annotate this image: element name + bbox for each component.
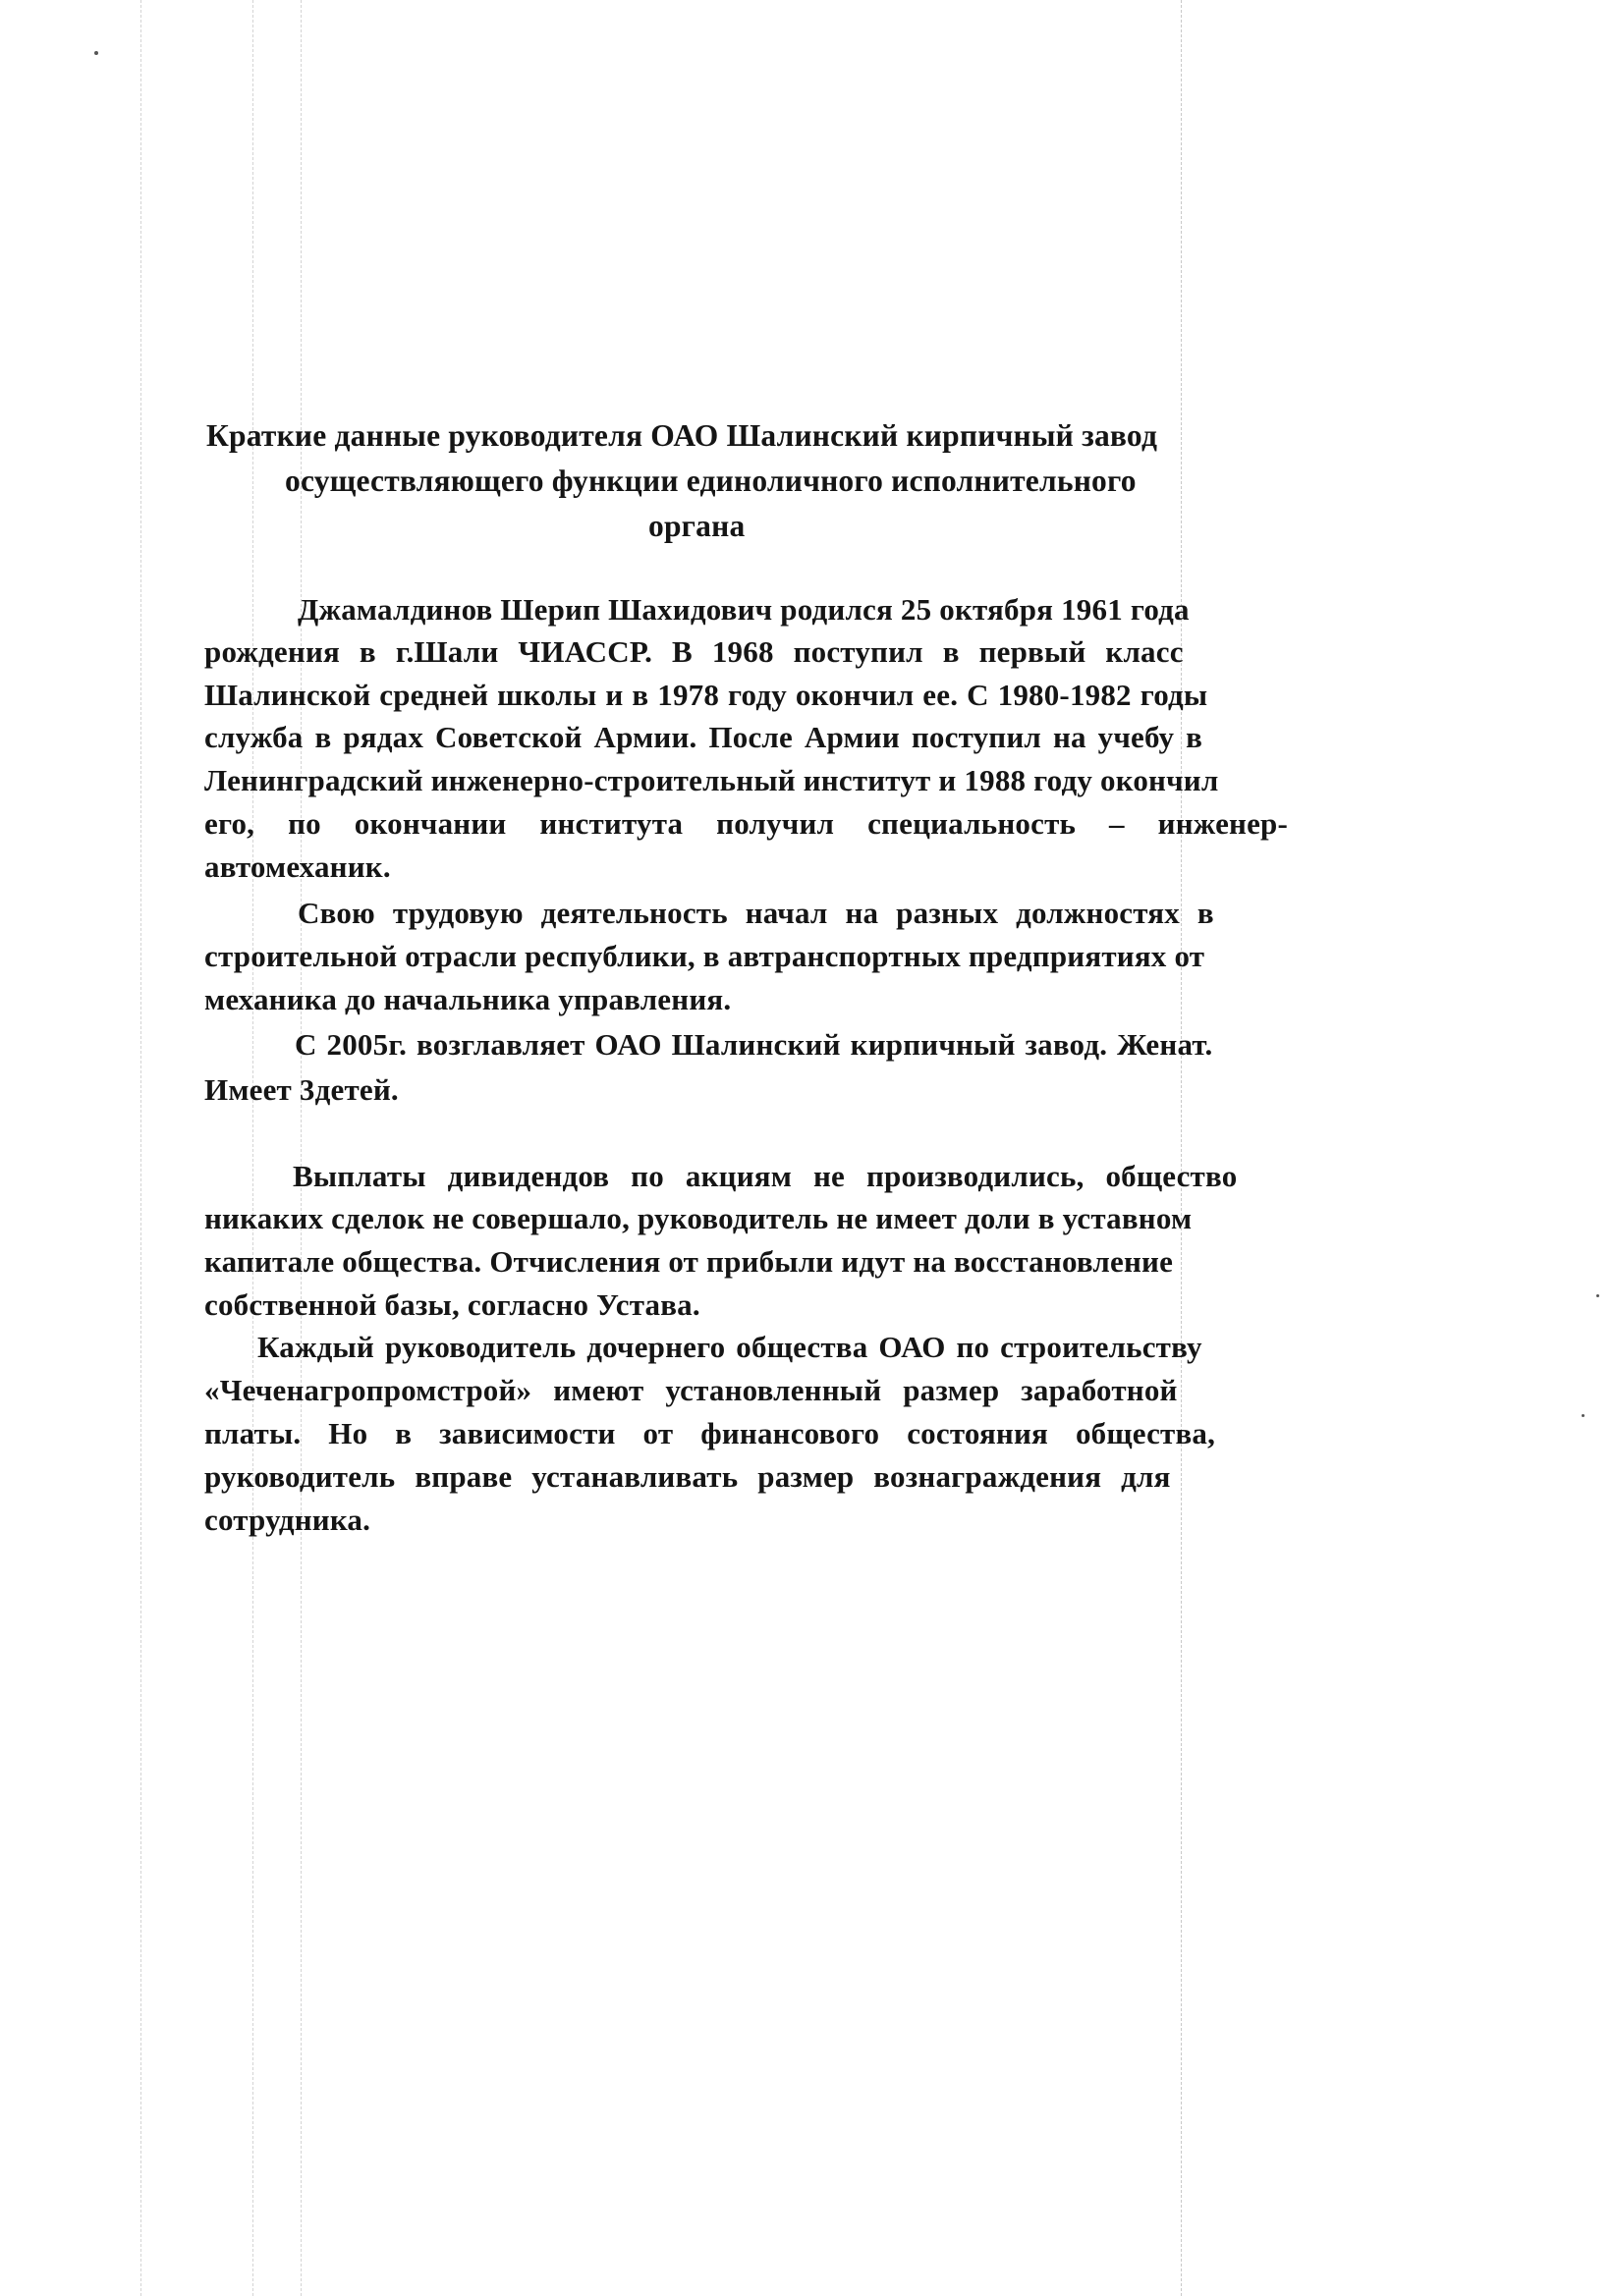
document-title-line-1: Краткие данные руководителя ОАО Шалински… [206, 418, 1157, 454]
document-title-line-2: осуществляющего функции единоличного исп… [285, 464, 1137, 499]
dividends-paragraph-line: капитале общества. Отчисления от прибыли… [204, 1244, 1173, 1280]
position-paragraph-line: Имеет 3детей. [204, 1072, 399, 1108]
position-paragraph-line: С 2005г. возглавляет ОАО Шалинский кирпи… [295, 1027, 1212, 1063]
bio-paragraph-line: автомеханик. [204, 849, 391, 885]
career-paragraph-line: механика до начальника управления. [204, 982, 731, 1017]
dividends-paragraph-line: Выплаты дивидендов по акциям не производ… [293, 1159, 1237, 1194]
salary-paragraph-line: руководитель вправе устанавливать размер… [204, 1459, 1171, 1495]
dividends-paragraph-line: собственной базы, согласно Устава. [204, 1287, 700, 1323]
scan-artifact-line [1181, 0, 1183, 2296]
scan-artifact-line [252, 0, 254, 2296]
text: Джамалдинов Шерип Шахидович родился 25 о… [298, 592, 1190, 628]
bio-paragraph-line: служба в рядах Советской Армии. После Ар… [204, 720, 1202, 755]
scan-artifact-speck [94, 51, 98, 55]
salary-paragraph-line: сотрудника. [204, 1503, 370, 1538]
career-paragraph-line: Свою трудовую деятельность начал на разн… [298, 896, 1214, 931]
bio-paragraph-line: Ленинградский инженерно-строительный инс… [204, 763, 1218, 798]
scan-artifact-line [301, 0, 303, 2296]
salary-paragraph-line: платы. Но в зависимости от финансового с… [204, 1416, 1215, 1451]
bio-paragraph-line: Джамалдинов Шерип Шахидович родился 25 о… [298, 592, 1480, 628]
career-paragraph-line: строительной отрасли республики, в автра… [204, 939, 1204, 974]
scan-artifact-speck [1582, 1414, 1585, 1417]
bio-paragraph-line: рождения в г.Шали ЧИАССР. В 1968 поступи… [204, 634, 1184, 670]
salary-paragraph-line: Каждый руководитель дочернего общества О… [257, 1330, 1202, 1365]
dividends-paragraph-line: никаких сделок не совершало, руководител… [204, 1201, 1192, 1236]
scan-artifact-speck [1596, 1294, 1599, 1297]
scan-artifact-line [140, 0, 142, 2296]
document-title-line-3: органа [648, 509, 745, 544]
salary-paragraph-line: «Чеченагропромстрой» имеют установленный… [204, 1373, 1178, 1408]
bio-paragraph-line: Шалинской средней школы и в 1978 году ок… [204, 678, 1207, 713]
bio-paragraph-line: его, по окончании института получил спец… [204, 806, 1288, 842]
